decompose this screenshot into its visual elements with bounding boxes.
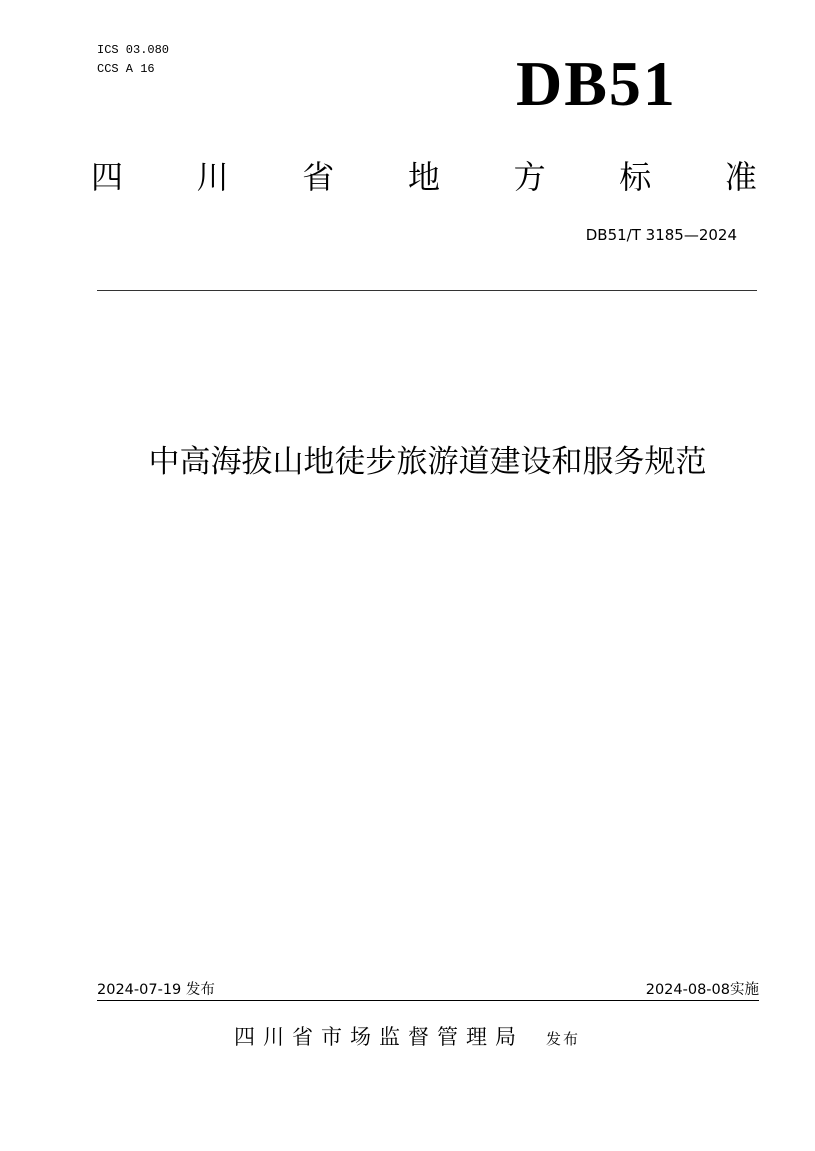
classification-codes: ICS 03.080 CCS A 16: [97, 41, 169, 79]
title-char: 四: [88, 157, 126, 197]
issuer-row: 四川省市场监督管理局发布: [234, 1022, 580, 1054]
title-char: 准: [722, 157, 760, 197]
title-char: 省: [299, 157, 337, 197]
ics-code: ICS 03.080: [97, 41, 169, 60]
title-char: 川: [194, 157, 232, 197]
document-title: 中高海拔山地徒步旅游道建设和服务规范: [0, 440, 815, 484]
title-char: 方: [511, 157, 549, 197]
implementation-date: 2024-08-08实施: [646, 980, 759, 1000]
title-char: 标: [616, 157, 654, 197]
issue-date: 2024-07-19 发布: [97, 980, 215, 1000]
standard-category-title: 四 川 省 地 方 标 准: [88, 157, 760, 197]
db-logo: DB51: [516, 52, 677, 116]
date-row: 2024-07-19 发布 2024-08-08实施: [97, 980, 759, 1001]
standard-number: DB51/T 3185—2024: [586, 225, 737, 245]
title-char: 地: [405, 157, 443, 197]
ccs-code: CCS A 16: [97, 60, 169, 79]
issuer-name: 四川省市场监督管理局: [234, 1025, 524, 1049]
issuer-suffix: 发布: [546, 1030, 580, 1048]
header-divider: [97, 290, 757, 291]
